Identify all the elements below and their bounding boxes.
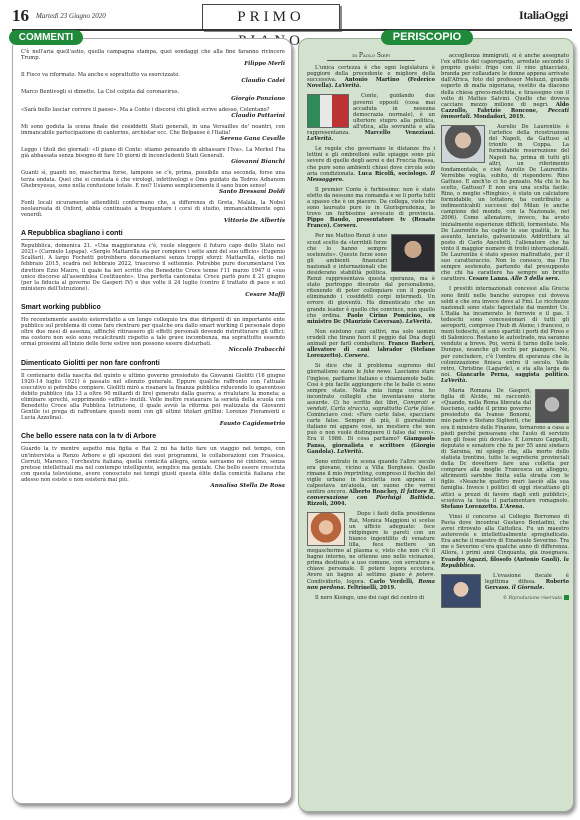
periscopio-panel: PERISCOPIO di Paolo Siepi L'unica certez… bbox=[298, 38, 574, 812]
quote-paragraph: Non esistono cani cattivi, ma solo uomin… bbox=[307, 329, 435, 359]
maggioni-photo bbox=[307, 512, 345, 546]
comment-text: Fonti locali sicuramente attendibili con… bbox=[21, 200, 285, 218]
section-heading: A Repubblica sbagliano i conti bbox=[21, 229, 285, 240]
newspaper-logo: ItaliaOggi bbox=[519, 8, 568, 23]
comment-author: Giorgio Ponziano bbox=[21, 96, 285, 102]
section-author: Niccolò Trabacchi bbox=[21, 347, 285, 353]
comment-text: Guanti sì, guanti no, mascherina forse, … bbox=[21, 170, 285, 188]
comment-author: Serena Gana Cavallo bbox=[21, 136, 285, 142]
quote-paragraph: Per me Matteo Renzi è uno scout scelto d… bbox=[307, 233, 435, 324]
issue-date: Martedì 23 Giugno 2020 bbox=[36, 12, 106, 20]
quote-paragraph: Si dice che il problema supremo del gior… bbox=[307, 363, 435, 454]
comment-item: C'è nell'aria quell'astio, quella campag… bbox=[21, 49, 285, 67]
commenti-panel: COMMENTI C'è nell'aria quell'astio, quel… bbox=[12, 38, 292, 804]
comment-item: Guanti sì, guanti no, mascherina forse, … bbox=[21, 170, 285, 194]
quote-paragraph: accoglienza immigrati, si è anche assegn… bbox=[441, 53, 569, 120]
section-heading: Che bello essere nata con la tv di Arbor… bbox=[21, 432, 285, 443]
quote-text: accoglienza immigrati, si è anche assegn… bbox=[441, 53, 569, 120]
conte-photo bbox=[307, 94, 349, 128]
section-heading: Smart working pubblico bbox=[21, 303, 285, 314]
comment-text: Marco Bentivogli si dimette. La Cisl col… bbox=[21, 89, 179, 95]
section-author: Cesare Maffi bbox=[21, 292, 285, 298]
comment-author: Vittorio De Albertis bbox=[21, 218, 285, 224]
comment-text: Il Fisco va riformato. Ma anche e soprat… bbox=[21, 72, 180, 78]
section-body: Guardo la tv mentre aspetto mia figlia e… bbox=[21, 446, 285, 489]
byline: di Paolo Siepi bbox=[327, 53, 415, 61]
comment-item: Il Fisco va riformato. Ma anche e soprat… bbox=[21, 72, 285, 84]
commenti-column: C'è nell'aria quell'astio, quella campag… bbox=[21, 49, 285, 494]
comment-text: Mi sono goduta la scena finale dei cosid… bbox=[21, 124, 285, 136]
comment-author: Filippo Merli bbox=[21, 61, 285, 67]
quote-text: L'unica certezza è che ogni legislatura … bbox=[307, 65, 435, 89]
section-text: Repubblica, domenica 21. «Una maggioranz… bbox=[21, 243, 285, 292]
de-gasperi-photo bbox=[535, 389, 569, 423]
quote-paragraph: Aurelio De Laurentiis è l'artefice della… bbox=[441, 124, 569, 282]
section-author: Annalisa Stella De Rosa bbox=[21, 483, 285, 489]
section-body: Il centenario della nascita del quinto e… bbox=[21, 373, 285, 428]
quote-paragraph: L'unica certezza è che ogni legislatura … bbox=[307, 65, 435, 89]
quote-text: Le regole che governano le distanze fra … bbox=[307, 146, 435, 182]
comment-item: Fonti locali sicuramente attendibili con… bbox=[21, 200, 285, 224]
copyright-text: © Riproduzione riservata bbox=[503, 596, 562, 601]
quote-paragraph: Dopo i fasti della presidenza Rai, Monic… bbox=[307, 511, 435, 590]
comment-author: Santo Bressani Doldi bbox=[21, 189, 285, 195]
end-square-icon bbox=[564, 595, 569, 600]
quote-paragraph: Maria Romana De Gasperi, figlia di Alcid… bbox=[441, 388, 569, 510]
comment-author: Claudio Pattarini bbox=[21, 113, 285, 119]
quote-text: L'evasione fiscale è legittima difesa. R… bbox=[485, 573, 569, 591]
quote-text: I prestiti internazionali concessi alla … bbox=[441, 286, 569, 383]
periscopio-column-2: accoglienza immigrati, si è anche assegn… bbox=[441, 53, 569, 609]
renzi-photo bbox=[391, 234, 435, 272]
commenti-tag: COMMENTI bbox=[9, 30, 83, 45]
comment-author: Giovanni Bianchi bbox=[21, 159, 285, 165]
header-divider bbox=[12, 29, 572, 31]
comment-item: «Sarà bello lasciar correre il paese». M… bbox=[21, 107, 285, 119]
quote-paragraph: L'evasione fiscale è legittima difesa. R… bbox=[441, 573, 569, 591]
comment-text: C'è nell'aria quell'astio, quella campag… bbox=[21, 49, 285, 61]
section-text: Ho recentemente assisto esterrefatto a u… bbox=[21, 317, 285, 347]
comment-author: Claudio Cadei bbox=[21, 78, 285, 84]
comment-item: Marco Bentivogli si dimette. La Cisl col… bbox=[21, 89, 285, 101]
page-header: 16 Martedì 23 Giugno 2020 PRIMO PIANO It… bbox=[12, 4, 572, 32]
page-number: 16 bbox=[12, 6, 29, 26]
quote-text: Non esistono cani cattivi, ma solo uomin… bbox=[307, 329, 435, 359]
section-text: Guardo la tv mentre aspetto mia figlia e… bbox=[21, 446, 285, 482]
section-author: Fausto Cagidemetrio bbox=[21, 421, 285, 427]
section-body: Repubblica, domenica 21. «Una maggioranz… bbox=[21, 243, 285, 298]
periscopio-tag: PERISCOPIO bbox=[381, 30, 473, 45]
comment-text: «Sarà bello lasciar correre il paese». M… bbox=[21, 107, 269, 113]
quote-paragraph: Il nero Kisingo, uno dei capi del centro… bbox=[307, 595, 435, 601]
quote-text: Vinsi il concorso al Collegio Borromeo d… bbox=[441, 514, 569, 569]
section-text: Il centenario della nascita del quinto e… bbox=[21, 373, 285, 422]
section-title: PRIMO PIANO bbox=[202, 4, 340, 30]
quote-paragraph: I prestiti internazionali concessi alla … bbox=[441, 286, 569, 384]
periscopio-column-1: di Paolo Siepi L'unica certezza è che og… bbox=[307, 53, 435, 605]
quote-text: Il premier Conte è furbissimo: non è sta… bbox=[307, 187, 435, 230]
comment-text: Leggo i titoli dei giornali: «Il piano d… bbox=[21, 147, 285, 159]
quote-paragraph: Conte, guidando due governi opposti (cos… bbox=[307, 93, 435, 142]
section-heading: Dimenticato Giolitti per non fare confro… bbox=[21, 359, 285, 370]
quote-paragraph: Sono entrato in scena quando l'altro sec… bbox=[307, 459, 435, 508]
section-body: Ho recentemente assisto esterrefatto a u… bbox=[21, 317, 285, 354]
quote-paragraph: Il premier Conte è furbissimo: non è sta… bbox=[307, 187, 435, 230]
quote-paragraph: Le regole che governano le distanze fra … bbox=[307, 146, 435, 183]
comment-item: Leggo i titoli dei giornali: «Il piano d… bbox=[21, 147, 285, 165]
quote-paragraph: Vinsi il concorso al Collegio Borromeo d… bbox=[441, 514, 569, 569]
agazzi-photo bbox=[441, 574, 481, 608]
comment-item: Mi sono goduta la scena finale dei cosid… bbox=[21, 124, 285, 142]
quote-text: Sono entrato in scena quando l'altro sec… bbox=[307, 459, 435, 508]
de-laurentiis-photo bbox=[441, 125, 485, 163]
quote-text: Il nero Kisingo, uno dei capi del centro… bbox=[315, 595, 424, 601]
quote-text: Si dice che il problema supremo del gior… bbox=[307, 363, 435, 454]
